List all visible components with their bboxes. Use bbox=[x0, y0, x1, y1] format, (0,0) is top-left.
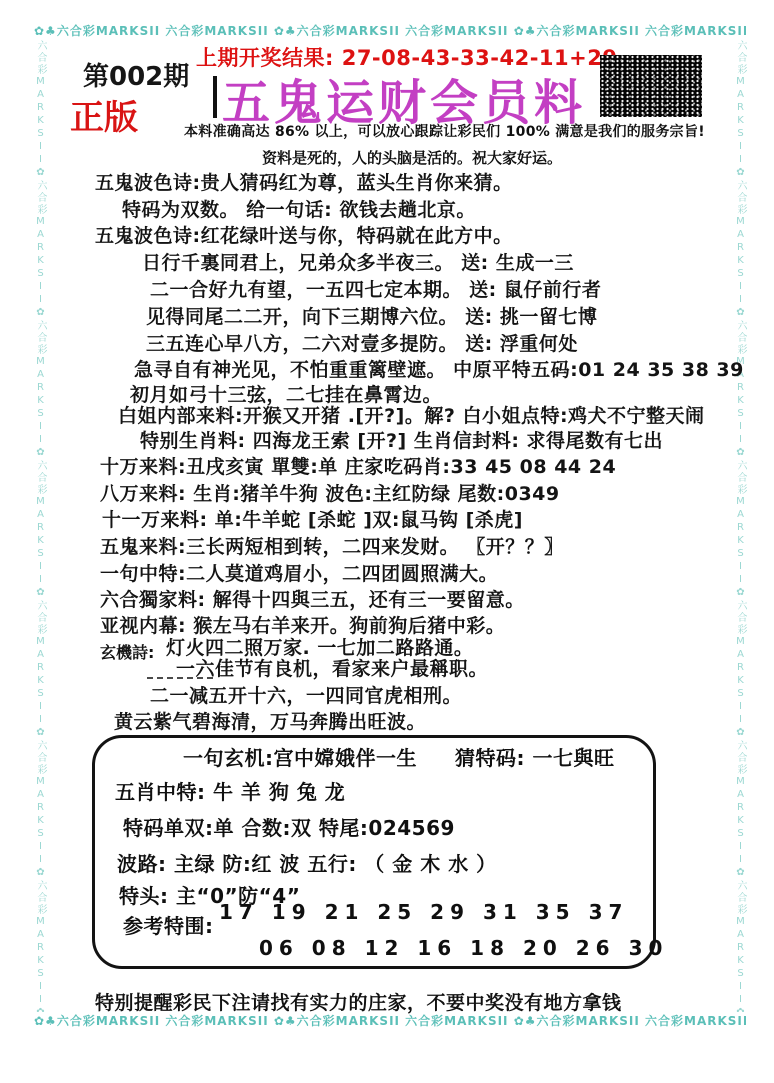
lottery-tip-sheet: ✿♣六合彩MARKSII 六合彩MARKSII ✿♣六合彩MARKSII 六合彩… bbox=[0, 0, 774, 1083]
box-range-row1: 17 19 21 25 29 31 35 37 bbox=[219, 900, 628, 924]
body-line: 白姐内部来料:开猴又开猪 .[开?]。解? 白小姐点特:鸡犬不宁整天闹 bbox=[118, 401, 705, 428]
qr-noise-block bbox=[600, 55, 702, 117]
body-line: 特码为双数。 给一句话: 欲钱去趟北京。 bbox=[122, 195, 476, 222]
title-divider-bar bbox=[213, 76, 217, 118]
prediction-box: 一句玄机:宫中嫦娥伴一生 猜特码: 一七與旺 五肖中特: 牛 羊 狗 兔 龙 特… bbox=[92, 735, 656, 969]
body-line: 三五连心早八方，二六对壹多提防。 送: 浮重何处 bbox=[146, 329, 578, 356]
motto-line: 资料是死的，人的头脑是活的。祝大家好运。 bbox=[262, 147, 562, 168]
body-line: 八万来料: 生肖:猪羊牛狗 波色:主红防绿 尾数:0349 bbox=[100, 479, 560, 506]
box-range-row2: 06 08 12 16 18 20 26 30 bbox=[259, 936, 668, 960]
box-wave-path: 波路: 主绿 防:红 波 五行: （ 金 木 水 ） bbox=[117, 848, 497, 877]
footer-warning: 特别提醒彩民下注请找有实力的庄家，不要中奖没有地方拿钱 bbox=[95, 988, 622, 1015]
body-line: 十万来料:丑戌亥寅 單雙:单 庄家吃码肖:33 45 08 44 24 bbox=[100, 452, 616, 479]
body-line: 一句中特:二人莫道鸡眉小，二四团圆照满大。 bbox=[100, 559, 498, 586]
body-line: 黄云紫气碧海清，万马奔腾出旺波。 bbox=[114, 707, 426, 734]
border-left-pattern: 六合彩MARKSII✿六合彩MARKSII✿六合彩MARKSII✿六合彩MARK… bbox=[28, 40, 48, 1012]
issue-number: 第002期 bbox=[83, 56, 189, 93]
body-line: 五鬼波色诗:贵人猜码红为尊，蓝头生肖你来猜。 bbox=[95, 168, 513, 195]
box-range-label: 参考特围: bbox=[123, 910, 214, 939]
body-line: 六合獨家料: 解得十四與三五，还有三一要留意。 bbox=[100, 585, 525, 612]
body-line: 二一合好九有望，一五四七定本期。 送: 鼠仔前行者 bbox=[150, 275, 601, 302]
box-odd-even: 特码单双:单 合数:双 特尾:024569 bbox=[123, 812, 455, 841]
accuracy-claim: 本料准确高达 86% 以上，可以放心跟踪让彩民们 100% 满意是我们的服务宗旨… bbox=[184, 121, 705, 141]
body-line: 日行千裏同君上，兄弟众多半夜三。 送: 生成一三 bbox=[142, 248, 574, 275]
dashed-mark bbox=[147, 677, 213, 679]
mystic-poem-label: 玄機詩: bbox=[100, 640, 154, 663]
body-line: 特别生肖料: 四海龙王索 [开?] 生肖信封料: 求得尾数有七出 bbox=[140, 426, 663, 453]
box-guess-special: 猜特码: 一七與旺 bbox=[455, 742, 614, 771]
box-mystery-phrase: 一句玄机:宫中嫦娥伴一生 bbox=[183, 742, 417, 771]
body-line: 五鬼来料:三长两短相到转，二四来发财。 〖开？？〗 bbox=[100, 532, 564, 559]
box-five-zodiac: 五肖中特: 牛 羊 狗 兔 龙 bbox=[115, 776, 345, 805]
body-line: 十一万来料: 单:牛羊蛇 [杀蛇 ]双:鼠马钩 [杀虎] bbox=[102, 505, 523, 532]
edition-stamp: 正版 bbox=[70, 90, 138, 139]
body-line: 二一减五开十六，一四同官虎相刑。 bbox=[150, 681, 462, 708]
body-line: 五鬼波色诗:红花绿叶送与你，特码就在此方中。 bbox=[95, 221, 513, 248]
body-line: 急寻自有神光见，不怕重重篱壁遮。 中原平特五码:01 24 35 38 39 bbox=[134, 355, 744, 382]
border-top-pattern: ✿♣六合彩MARKSII 六合彩MARKSII ✿♣六合彩MARKSII 六合彩… bbox=[34, 22, 746, 40]
mystic-poem-line: 一六佳节有良机，看家来户最稱职。 bbox=[176, 654, 488, 681]
border-right-pattern: 六合彩MARKSII✿六合彩MARKSII✿六合彩MARKSII✿六合彩MARK… bbox=[728, 40, 748, 1012]
body-line: 见得同尾二二开，向下三期博六位。 送: 挑一留七博 bbox=[146, 302, 597, 329]
